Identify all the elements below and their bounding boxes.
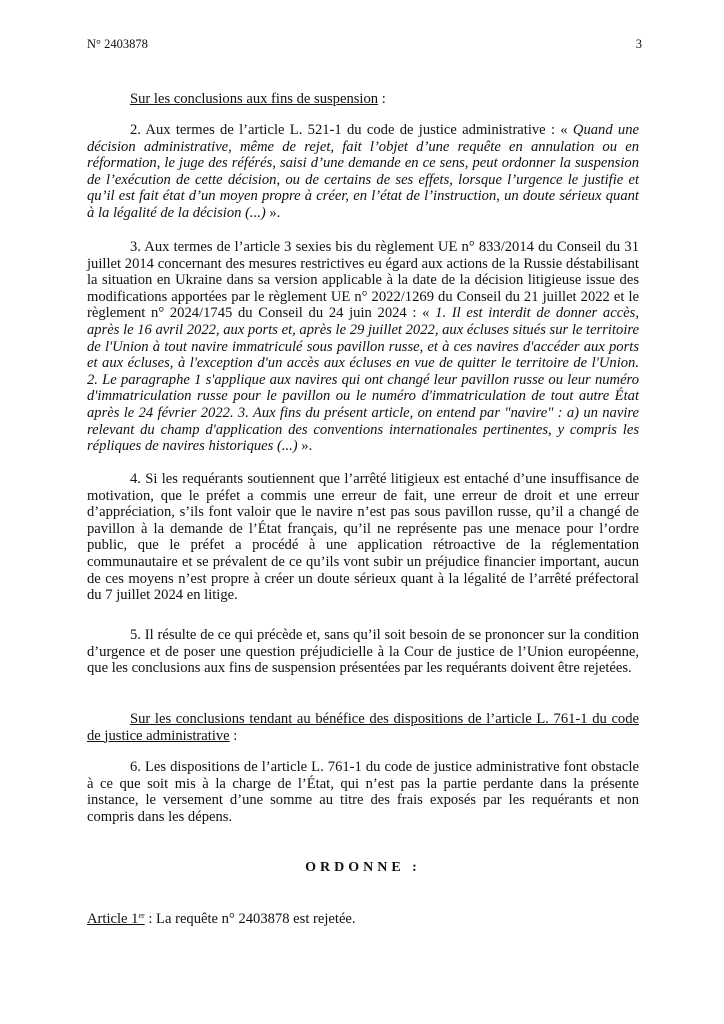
page-number: 3 [636, 37, 642, 52]
article-1-text: : La requête n° 2403878 est rejetée. [145, 911, 356, 927]
case-number: N° 2403878 [87, 37, 148, 52]
section-heading-text: Sur les conclusions aux fins de suspensi… [130, 91, 378, 107]
paragraph-5: 5. Il résulte de ce qui précède et, sans… [87, 627, 639, 677]
article-1-label: Article 1er [87, 911, 145, 927]
ordonne-heading: ORDONNE : [87, 860, 639, 876]
paragraph-2: 2. Aux termes de l’article L. 521-1 du c… [87, 122, 639, 222]
paragraph-6: 6. Les dispositions de l’article L. 761-… [87, 759, 639, 825]
paragraph-4: 4. Si les requérants soutiennent que l’a… [87, 471, 639, 604]
section-heading-suspension: Sur les conclusions aux fins de suspensi… [87, 91, 639, 108]
section-heading-text: Sur les conclusions tendant au bénéfice … [87, 711, 639, 744]
section-heading-l761-1: Sur les conclusions tendant au bénéfice … [87, 711, 639, 744]
paragraph-3: 3. Aux termes de l’article 3 sexies bis … [87, 239, 639, 455]
article-1: Article 1er : La requête n° 2403878 est … [87, 911, 356, 928]
quote-regulation-833-2014: 1. Il est interdit de donner accès, aprè… [87, 305, 639, 454]
